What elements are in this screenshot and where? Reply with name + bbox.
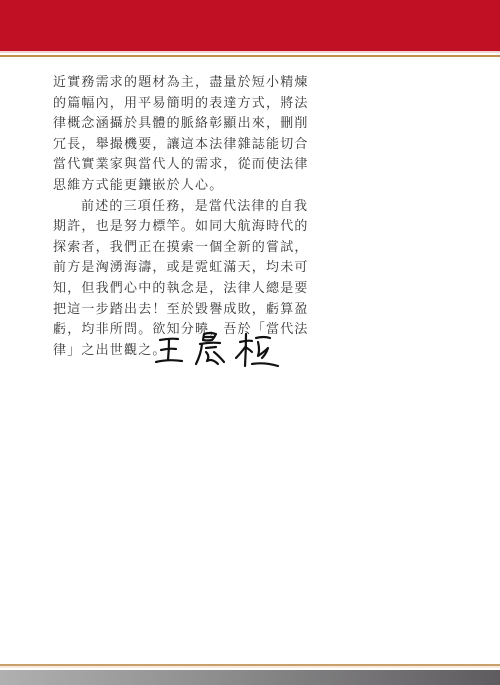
signature-icon xyxy=(152,328,282,372)
text-line: 知，但我們心中的執念是，法律人總是要 xyxy=(53,279,253,300)
text-line: 期許，也是努力標竿。如同大航海時代的 xyxy=(53,217,253,238)
text-line: 思維方式能更鑲嵌於人心。 xyxy=(53,176,253,197)
text-line: 近實務需求的題材為主，盡量於短小精煉 xyxy=(53,73,253,94)
paragraph-1: 近實務需求的題材為主，盡量於短小精煉 的篇幅內，用平易簡明的表達方式，將法 律概… xyxy=(53,73,253,197)
text-line: 探索者，我們正在摸索一個全新的嘗試， xyxy=(53,238,253,259)
text-line: 前述的三項任務，是當代法律的自我 xyxy=(53,197,253,218)
header-red-band xyxy=(0,0,500,51)
article-body: 近實務需求的題材為主，盡量於短小精煉 的篇幅內，用平易簡明的表達方式，將法 律概… xyxy=(53,73,253,361)
author-signature xyxy=(152,328,282,372)
header-accent-line xyxy=(0,51,500,53)
footer-gray-band xyxy=(0,670,500,685)
text-line: 當代實業家與當代人的需求，從而使法律 xyxy=(53,155,253,176)
text-line: 把這一步踏出去！至於毀譽成敗，虧算盈 xyxy=(53,300,253,321)
footer-accent-line xyxy=(0,666,500,668)
text-line: 前方是洶湧海濤，或是霓虹滿天，均未可 xyxy=(53,258,253,279)
text-line: 冗長，舉撮機要，讓這本法律雜誌能切合 xyxy=(53,135,253,156)
text-line: 律概念涵攝於具體的脈絡彰顯出來，刪削 xyxy=(53,114,253,135)
text-line: 的篇幅內，用平易簡明的表達方式，將法 xyxy=(53,94,253,115)
header-gold-rule xyxy=(0,55,500,57)
